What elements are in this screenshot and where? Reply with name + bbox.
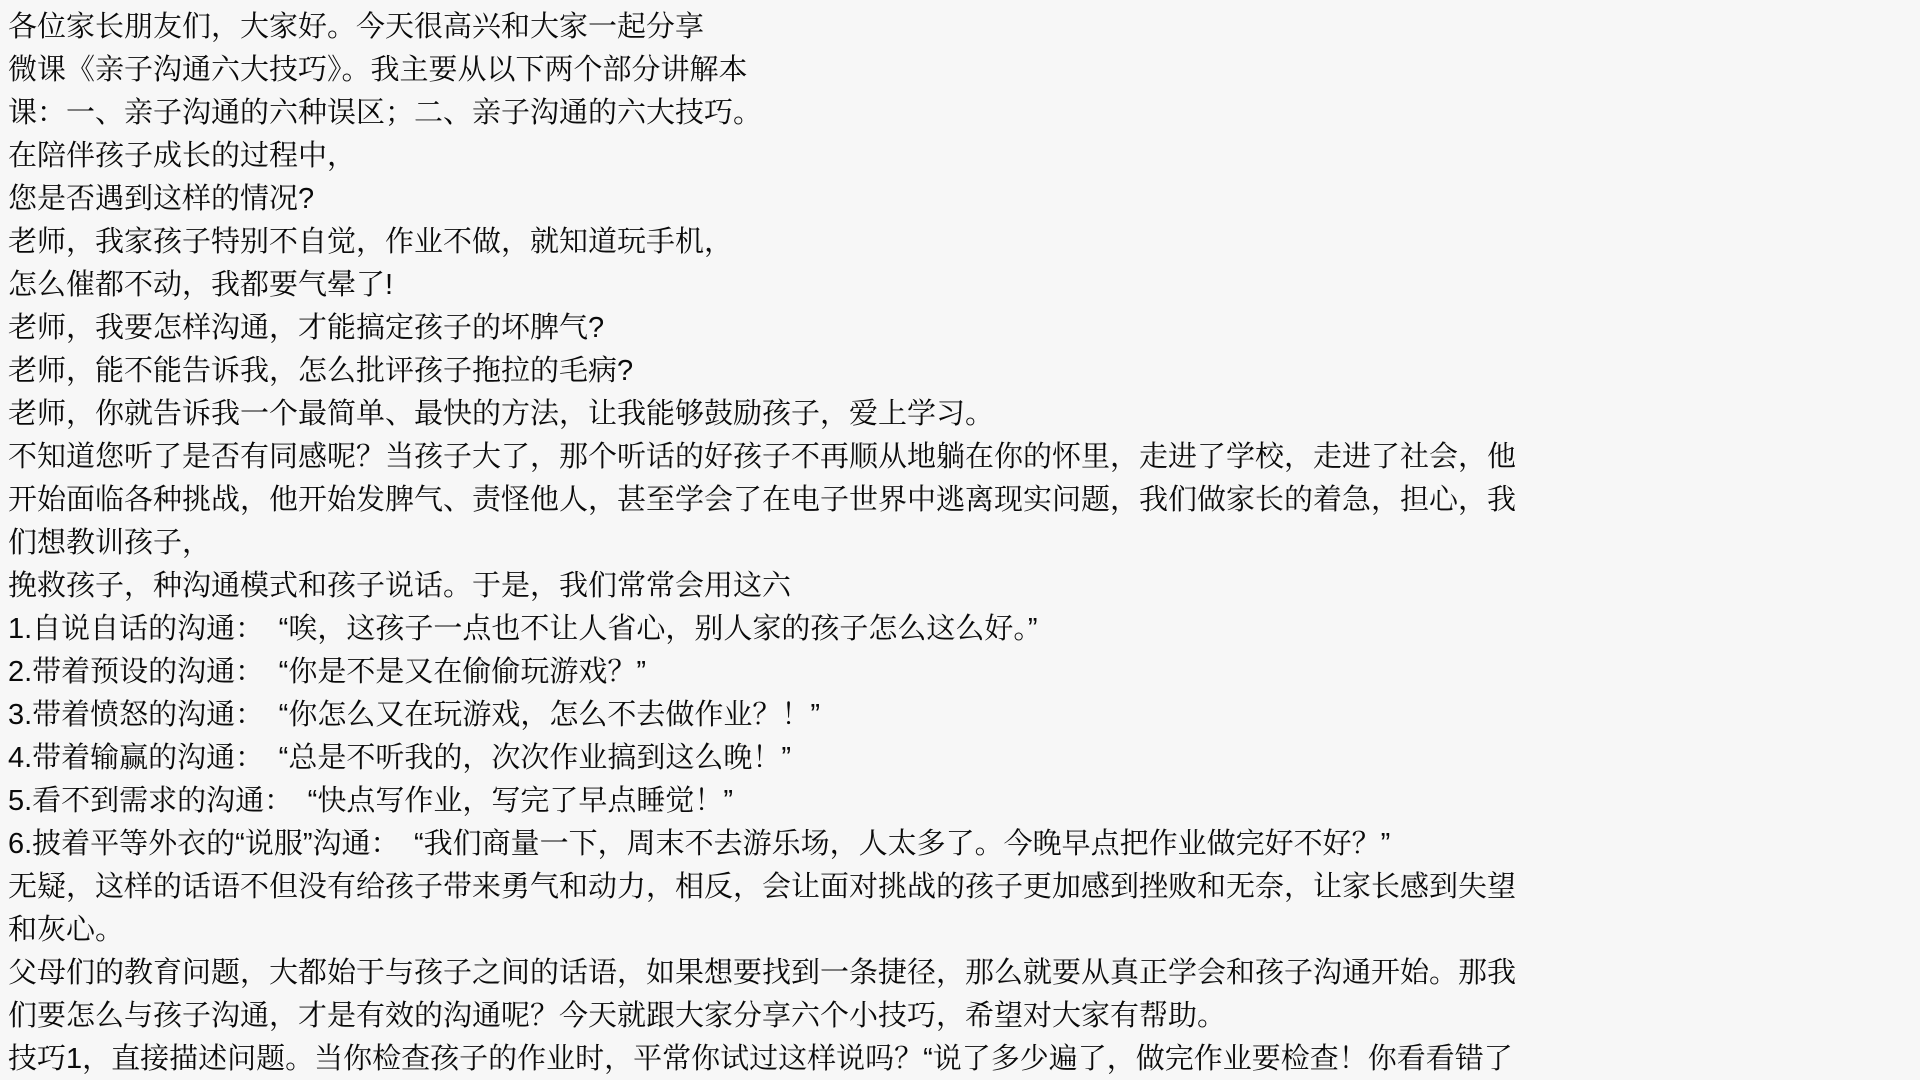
text-line-3: 课：一、亲子沟通的六种误区；二、亲子沟通的六大技巧。 (8, 92, 1920, 135)
text-line-23: 父母们的教育问题，大都始于与孩子之间的话语，如果想要找到一条捷径，那么就要从真正… (8, 952, 1920, 995)
text-line-24: 们要怎么与孩子沟通，才是有效的沟通呢？今天就跟大家分享六个小技巧，希望对大家有帮… (8, 995, 1920, 1038)
text-line-25: 技巧1，直接描述问题。当你检查孩子的作业时，平常你试过这样说吗？“说了多少遍了，… (8, 1038, 1920, 1080)
text-line-2: 微课《亲子沟通六大技巧》。我主要从以下两个部分讲解本 (8, 49, 1920, 92)
text-line-14: 挽救孩子，种沟通模式和孩子说话。于是，我们常常会用这六 (8, 565, 1920, 608)
text-line-22: 和灰心。 (8, 909, 1920, 952)
text-line-15: 1.自说自话的沟通： “唉，这孩子一点也不让人省心，别人家的孩子怎么这么好。” (8, 608, 1920, 651)
text-line-1: 各位家长朋友们，大家好。今天很高兴和大家一起分享 (8, 6, 1920, 49)
text-line-18: 4.带着输赢的沟通： “总是不听我的，次次作业搞到这么晚！” (8, 737, 1920, 780)
text-line-8: 老师，我要怎样沟通，才能搞定孩子的坏脾气? (8, 307, 1920, 350)
text-line-5: 您是否遇到这样的情况? (8, 178, 1920, 221)
text-line-9: 老师，能不能告诉我，怎么批评孩子拖拉的毛病? (8, 350, 1920, 393)
text-line-6: 老师，我家孩子特别不自觉，作业不做，就知道玩手机， (8, 221, 1920, 264)
text-line-13: 们想教训孩子， (8, 522, 1920, 565)
text-line-7: 怎么催都不动，我都要气晕了! (8, 264, 1920, 307)
text-line-17: 3.带着愤怒的沟通： “你怎么又在玩游戏，怎么不去做作业？！” (8, 694, 1920, 737)
text-line-19: 5.看不到需求的沟通： “快点写作业，写完了早点睡觉！” (8, 780, 1920, 823)
document-page: 各位家长朋友们，大家好。今天很高兴和大家一起分享 微课《亲子沟通六大技巧》。我主… (0, 0, 1920, 1080)
text-line-12: 开始面临各种挑战，他开始发脾气、责怪他人，甚至学会了在电子世界中逃离现实问题，我… (8, 479, 1920, 522)
text-line-20: 6.披着平等外衣的“说服”沟通： “我们商量一下，周末不去游乐场，人太多了。今晚… (8, 823, 1920, 866)
text-line-16: 2.带着预设的沟通： “你是不是又在偷偷玩游戏？” (8, 651, 1920, 694)
text-line-21: 无疑，这样的话语不但没有给孩子带来勇气和动力，相反，会让面对挑战的孩子更加感到挫… (8, 866, 1920, 909)
text-line-10: 老师，你就告诉我一个最简单、最快的方法，让我能够鼓励孩子，爱上学习。 (8, 393, 1920, 436)
text-line-4: 在陪伴孩子成长的过程中， (8, 135, 1920, 178)
text-line-11: 不知道您听了是否有同感呢？当孩子大了，那个听话的好孩子不再顺从地躺在你的怀里，走… (8, 436, 1920, 479)
